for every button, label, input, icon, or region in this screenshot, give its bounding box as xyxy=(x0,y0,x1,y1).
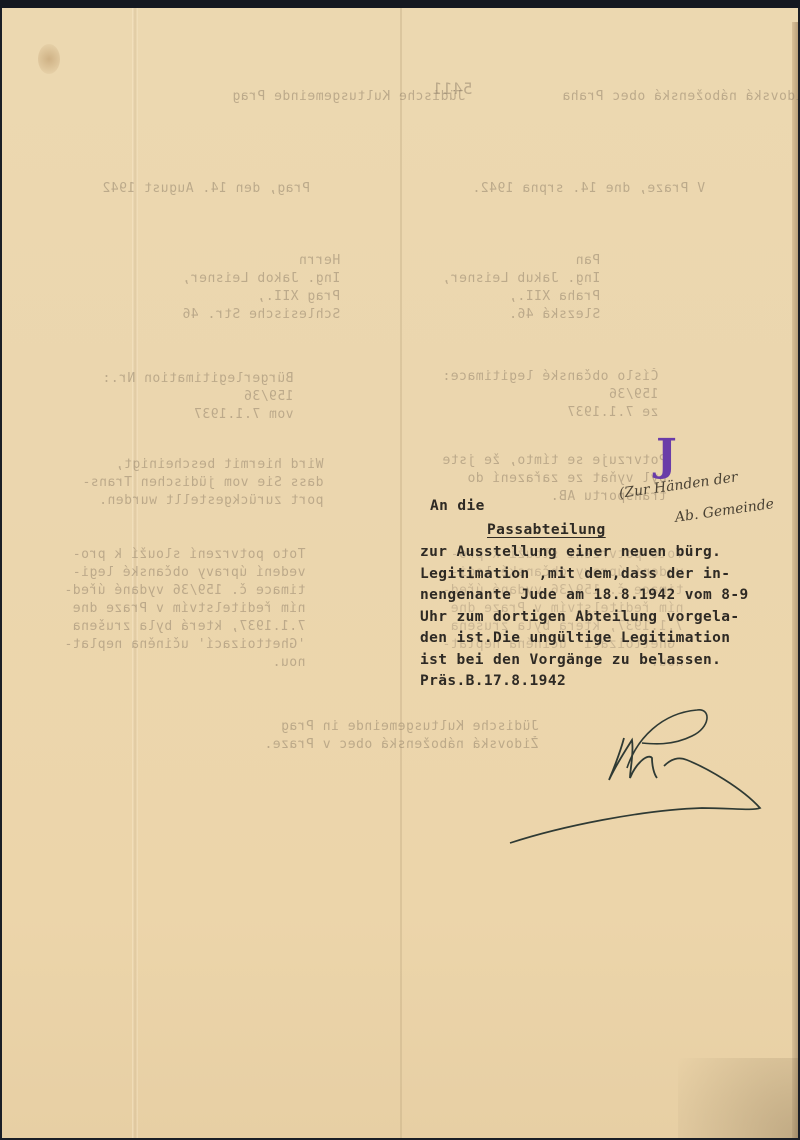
memo-department: Passabteilung xyxy=(487,520,606,542)
memo-addressee: An die xyxy=(430,496,485,518)
bleed-sign-block: Jüdische Kultusgemeinde in Prag Židovská… xyxy=(264,718,539,754)
memo-line: Legitimation ,mit dem,dass der in- xyxy=(420,564,749,586)
bleed-date-right: Prag, den 14. August 1942 xyxy=(102,180,310,198)
memo-line: nengenante Jude am 18.8.1942 vom 8-9 xyxy=(420,585,749,607)
bleed-id-right: Bürgerlegitimation Nr.: 159/36 vom 7.1.1… xyxy=(102,370,294,424)
paper-corner-shade xyxy=(678,1058,798,1138)
bleed-folio: 5411 xyxy=(432,80,473,98)
bleed-paragraph-right: Toto potvrzení slouží k pro- vedení úpra… xyxy=(64,546,305,672)
memo-line: den ist.Die ungültige Legitimation xyxy=(420,628,749,650)
bleed-address-left: Pan Ing. Jakub Leisner, Praha XII., Slez… xyxy=(442,252,600,324)
scan-top-border xyxy=(0,0,800,8)
document-page: Židovská náboženská obec Praha Jüdische … xyxy=(2,8,798,1138)
bleed-id-left: Číslo občanské legitimace: 159/36 ze 7.1… xyxy=(442,368,659,422)
memo-line: Uhr zum dortigen Abteilung vorgela- xyxy=(420,607,749,629)
memo-body: zur Ausstellung einer neuen bürg. Legiti… xyxy=(420,542,749,693)
memo-line: zur Ausstellung einer neuen bürg. xyxy=(420,542,749,564)
memo-line: ist bei den Vorgänge zu belassen. xyxy=(420,650,749,672)
paper-right-edge xyxy=(792,22,798,1138)
paper-fold-center xyxy=(400,8,402,1138)
handwritten-note-line2: Ab. Gemeinde xyxy=(674,496,775,526)
bleed-confirm-right: Wird hiermit bescheinigt, dass Sie vom j… xyxy=(82,456,323,510)
memo-date-line: Präs.B.17.8.1942 xyxy=(420,671,749,693)
bleed-address-right: Herrn Ing. Jakob Leisner, Prag XII., Sch… xyxy=(182,252,340,324)
signature-icon xyxy=(502,708,782,848)
bleed-date-left: V Praze, dne 14. srpna 1942. xyxy=(472,180,705,198)
bleed-header-left: Židovská náboženská obec Praha xyxy=(562,88,798,106)
paper-stain xyxy=(38,44,60,74)
jude-stamp: J xyxy=(656,434,677,478)
bleed-header-right: Jüdische Kultusgemeinde Prag xyxy=(232,88,465,106)
